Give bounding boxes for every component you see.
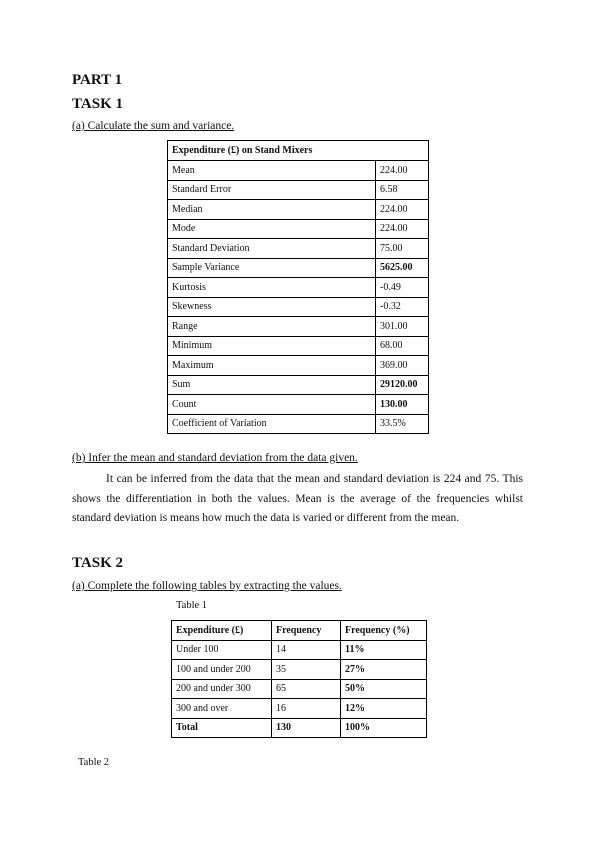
table-row: 100 and under 2003527% xyxy=(172,660,427,680)
table-cell: 200 and under 300 xyxy=(172,679,272,699)
table-row: Total130100% xyxy=(172,718,427,738)
table-row: Standard Error6.58 xyxy=(168,180,429,200)
table-row: Kurtosis-0.49 xyxy=(168,278,429,298)
table-cell: Total xyxy=(172,718,272,738)
table-row: Sum29120.00 xyxy=(168,375,429,395)
task1-question-b: (b) Infer the mean and standard deviatio… xyxy=(72,452,358,464)
frequency-table: Expenditure (£)FrequencyFrequency (%)Und… xyxy=(171,620,427,738)
part-heading: PART 1 xyxy=(72,72,122,89)
table-row: Minimum68.00 xyxy=(168,336,429,356)
table-cell: 12% xyxy=(341,699,427,719)
stat-label: Standard Error xyxy=(168,180,376,200)
stat-label: Coefficient of Variation xyxy=(168,414,376,434)
table-cell: Under 100 xyxy=(172,640,272,660)
table-row: Maximum369.00 xyxy=(168,356,429,376)
stat-value: 224.00 xyxy=(376,200,429,220)
stats-table-title-row: Expenditure (£) on Stand Mixers xyxy=(168,141,429,161)
stat-value: 29120.00 xyxy=(376,375,429,395)
stat-value: 301.00 xyxy=(376,317,429,337)
stat-label: Range xyxy=(168,317,376,337)
stat-label: Count xyxy=(168,395,376,415)
table-row: Median224.00 xyxy=(168,200,429,220)
table-row: 300 and over1612% xyxy=(172,699,427,719)
stat-label: Skewness xyxy=(168,297,376,317)
table-row: 200 and under 3006550% xyxy=(172,679,427,699)
table-row: Range301.00 xyxy=(168,317,429,337)
stat-label: Mode xyxy=(168,219,376,239)
stat-label: Mean xyxy=(168,161,376,181)
column-header: Expenditure (£) xyxy=(172,621,272,641)
table-cell: 16 xyxy=(272,699,341,719)
stat-value: 224.00 xyxy=(376,219,429,239)
table-cell: 100 and under 200 xyxy=(172,660,272,680)
stat-label: Sample Variance xyxy=(168,258,376,278)
stat-value: 68.00 xyxy=(376,336,429,356)
stat-value: -0.49 xyxy=(376,278,429,298)
task1-answer-b: It can be inferred from the data that th… xyxy=(72,470,523,529)
stats-table-title: Expenditure (£) on Stand Mixers xyxy=(168,141,429,161)
stat-value: 5625.00 xyxy=(376,258,429,278)
table-header-row: Expenditure (£)FrequencyFrequency (%) xyxy=(172,621,427,641)
stat-value: -0.32 xyxy=(376,297,429,317)
table-cell: 300 and over xyxy=(172,699,272,719)
table-cell: 130 xyxy=(272,718,341,738)
table-row: Mean224.00 xyxy=(168,161,429,181)
stat-value: 75.00 xyxy=(376,239,429,259)
table-cell: 27% xyxy=(341,660,427,680)
stat-value: 33.5% xyxy=(376,414,429,434)
table-row: Skewness-0.32 xyxy=(168,297,429,317)
stat-label: Kurtosis xyxy=(168,278,376,298)
task2-heading: TASK 2 xyxy=(72,555,123,572)
task1-heading: TASK 1 xyxy=(72,96,123,113)
answer-text: It can be inferred from the data that th… xyxy=(72,473,523,524)
table-row: Under 1001411% xyxy=(172,640,427,660)
table-cell: 65 xyxy=(272,679,341,699)
table1-caption: Table 1 xyxy=(176,600,207,611)
stat-label: Minimum xyxy=(168,336,376,356)
table-cell: 11% xyxy=(341,640,427,660)
table-cell: 14 xyxy=(272,640,341,660)
stat-value: 369.00 xyxy=(376,356,429,376)
table-cell: 100% xyxy=(341,718,427,738)
stat-value: 224.00 xyxy=(376,161,429,181)
stat-label: Maximum xyxy=(168,356,376,376)
table-row: Count130.00 xyxy=(168,395,429,415)
stat-label: Standard Deviation xyxy=(168,239,376,259)
stats-table: Expenditure (£) on Stand Mixers Mean224.… xyxy=(167,140,429,434)
stat-label: Sum xyxy=(168,375,376,395)
table-row: Coefficient of Variation33.5% xyxy=(168,414,429,434)
table-cell: 35 xyxy=(272,660,341,680)
table-row: Mode224.00 xyxy=(168,219,429,239)
stat-label: Median xyxy=(168,200,376,220)
stat-value: 6.58 xyxy=(376,180,429,200)
table-cell: 50% xyxy=(341,679,427,699)
stat-value: 130.00 xyxy=(376,395,429,415)
table-row: Standard Deviation75.00 xyxy=(168,239,429,259)
table-row: Sample Variance5625.00 xyxy=(168,258,429,278)
task2-question-a: (a) Complete the following tables by ext… xyxy=(72,580,342,592)
column-header: Frequency xyxy=(272,621,341,641)
column-header: Frequency (%) xyxy=(341,621,427,641)
table2-caption: Table 2 xyxy=(78,757,109,768)
task1-question-a: (a) Calculate the sum and variance. xyxy=(72,120,234,132)
